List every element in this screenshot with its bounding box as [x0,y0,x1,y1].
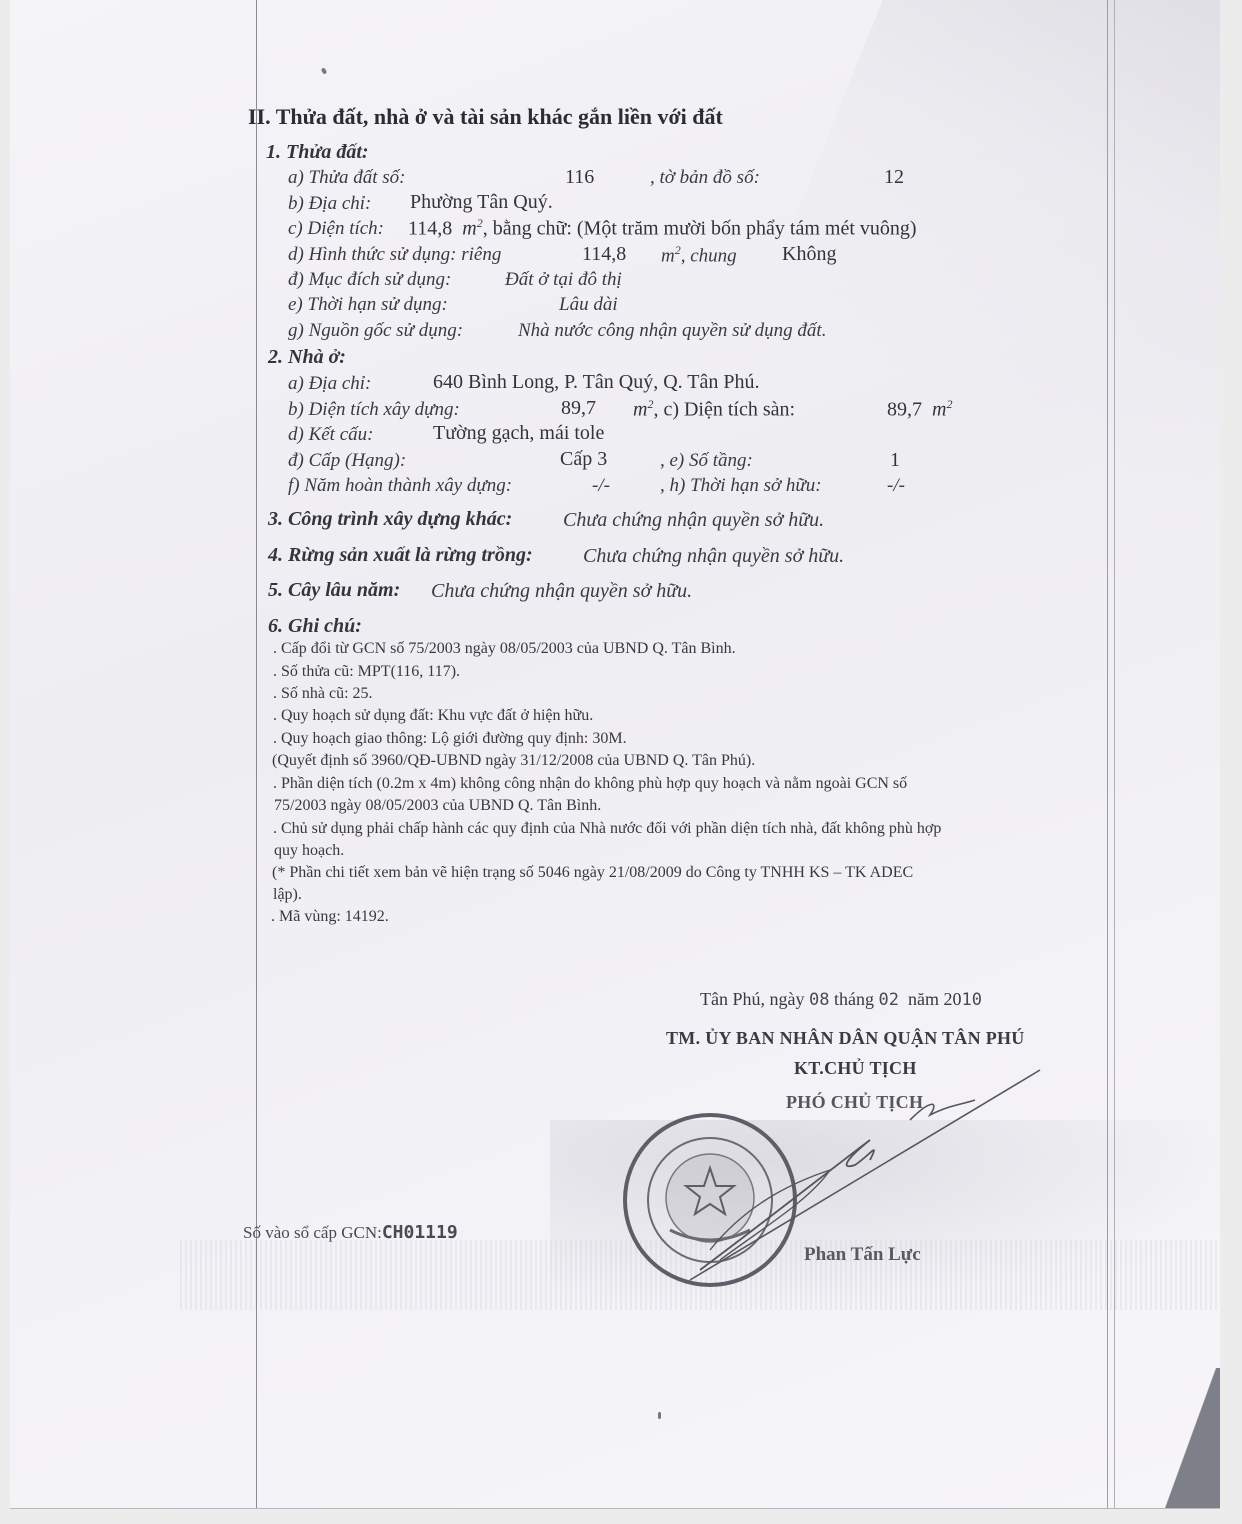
use-purpose: Đất ở tại đô thị [505,269,622,291]
grade-label: đ) Cấp (Hạng): [288,450,406,472]
note-line: . Phần diện tích (0.2m x 4m) không công … [273,775,907,793]
certificate-page: II. Thửa đất, nhà ở và tài sản khác gắn … [10,0,1220,1509]
private-area-unit: m2, chung [661,243,737,267]
land-heading: 1. Thửa đất: [266,141,369,164]
section-title: II. Thửa đất, nhà ở và tài sản khác gắn … [248,104,723,130]
register-value: CH01119 [382,1222,458,1243]
land-area-label: c) Diện tích: [288,218,384,240]
other-works-status: Chưa chứng nhận quyền sở hữu. [563,509,824,532]
use-origin: Nhà nước công nhận quyền sử dụng đất. [518,320,826,342]
note-line: (* Phần chi tiết xem bản vẽ hiện trạng s… [272,864,913,882]
note-line: . Mã vùng: 14192. [271,908,389,926]
floors-label: , e) Số tầng: [660,450,753,472]
grade: Cấp 3 [560,448,607,471]
note-line: quy hoạch. [274,842,344,860]
forest-heading: 4. Rừng sản xuất là rừng trồng: [268,544,533,567]
build-area: 89,7 [561,397,596,420]
issuing-authority: TM. ỦY BAN NHÂN DÂN QUẬN TÂN PHÚ [666,1028,1025,1049]
register-number: Số vào sổ cấp GCN:CH01119 [243,1222,458,1243]
use-form-label: d) Hình thức sử dụng: riêng [288,244,501,266]
land-area: 114,8 m2, bằng chữ: (Một trăm mười bốn p… [408,216,917,241]
use-term: Lâu dài [559,294,618,316]
issue-year-suffix: 10 [961,990,981,1010]
structure-label: d) Kết cấu: [288,424,373,446]
structure: Tường gạch, mái tole [433,422,604,445]
note-line: . Quy hoạch sử dụng đất: Khu vực đất ở h… [273,707,593,725]
build-area-label: b) Diện tích xây dựng: [288,399,460,421]
note-line: . Cấp đổi từ GCN số 75/2003 ngày 08/05/2… [273,640,736,658]
ownership-term: -/- [887,475,905,497]
issue-date: Tân Phú, ngày 08 tháng 02 năm 2010 [700,989,982,1010]
map-sheet-label: , tờ bản đồ số: [650,167,760,189]
completion-year: -/- [592,475,610,497]
ownership-term-label: , h) Thời hạn sở hữu: [660,475,822,497]
issue-month: 02 [878,990,898,1010]
scan-speck [321,67,327,74]
note-line: 75/2003 ngày 08/05/2003 của UBND Q. Tân … [274,797,601,815]
note-line: . Số nhà cũ: 25. [273,685,373,703]
private-area: 114,8 [582,243,626,266]
note-line: (Quyết định số 3960/QĐ-UBND ngày 31/12/2… [272,752,755,770]
scan-speck [658,1412,661,1419]
common-area: Không [782,243,836,266]
forest-status: Chưa chứng nhận quyền sở hữu. [583,545,844,568]
other-works-heading: 3. Công trình xây dựng khác: [268,508,512,531]
parcel-number-label: a) Thửa đất số: [288,167,406,189]
perennial-status: Chưa chứng nhận quyền sở hữu. [431,580,692,603]
note-line: . Quy hoạch giao thông: Lộ giới đường qu… [273,730,627,748]
house-address: 640 Bình Long, P. Tân Quý, Q. Tân Phú. [433,371,760,394]
right-margin-line [1107,0,1108,1508]
right-margin-line-inner [1114,0,1115,1508]
perennial-heading: 5. Cây lâu năm: [268,579,400,602]
floor-area-label: m2, c) Diện tích sàn: [633,397,795,422]
floor-area: 89,7 m2 [887,397,952,422]
note-line: . Chủ sử dụng phải chấp hành các quy địn… [273,820,941,838]
house-address-label: a) Địa chỉ: [288,373,371,395]
map-sheet-number: 12 [884,166,904,189]
issue-day: 08 [809,990,829,1010]
folded-corner [1160,1368,1220,1508]
use-origin-label: g) Nguồn gốc sử dụng: [288,320,463,342]
land-address: Phường Tân Quý. [410,191,553,214]
left-margin-line [256,0,257,1508]
use-purpose-label: đ) Mục đích sử dụng: [288,269,451,291]
floors: 1 [890,449,900,472]
parcel-number: 116 [565,166,594,189]
land-address-label: b) Địa chỉ: [288,193,371,215]
use-term-label: e) Thời hạn sử dụng: [288,294,448,316]
house-heading: 2. Nhà ở: [268,346,346,369]
note-line: lập). [273,886,302,904]
notes-heading: 6. Ghi chú: [268,615,362,638]
completion-year-label: f) Năm hoàn thành xây dựng: [288,475,512,497]
signer-name: Phan Tấn Lực [804,1244,921,1266]
note-line: . Số thửa cũ: MPT(116, 117). [273,663,460,681]
